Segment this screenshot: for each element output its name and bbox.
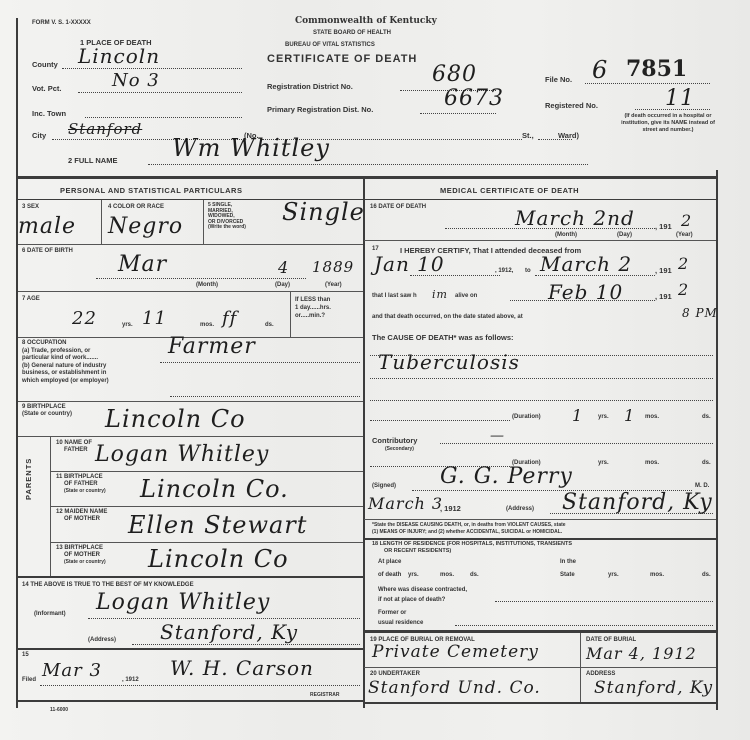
contributory-value: — xyxy=(490,428,505,444)
cause-label: The CAUSE OF DEATH* was as follows: xyxy=(372,333,514,342)
left-border xyxy=(16,18,18,708)
duration-mos-label: mos. xyxy=(645,414,659,420)
informant-bottom-divider xyxy=(18,648,363,650)
residence-state-mos: mos. xyxy=(650,572,664,578)
informant-label: (Informant) xyxy=(34,611,66,617)
dob-year: 1889 xyxy=(312,258,354,276)
bureau-title: BUREAU OF VITAL STATISTICS xyxy=(285,42,375,48)
age-mos-label: mos. xyxy=(200,322,214,328)
last-saw-text-a: that I last saw h xyxy=(372,293,417,299)
registered-number-value: 11 xyxy=(665,86,695,111)
md-label: M. D. xyxy=(695,483,709,489)
full-name-value: Wm Whitley xyxy=(172,134,330,162)
age-yrs-label: yrs. xyxy=(122,322,133,328)
undertaker-value: Stanford Und. Co. xyxy=(368,678,541,698)
row-divider xyxy=(364,667,716,668)
mother-name-label: 12 MAIDEN NAME OF MOTHER xyxy=(56,509,107,523)
row-divider xyxy=(364,519,716,520)
primary-registration-label: Primary Registration Dist. No. xyxy=(267,105,373,114)
full-name-line xyxy=(148,164,588,165)
vot-pct-line xyxy=(78,92,242,93)
file-number-stamped: 7851 xyxy=(626,56,687,82)
dob-line xyxy=(96,278,306,279)
death-day-caption: (Day) xyxy=(617,232,632,238)
informant-address-line xyxy=(132,644,360,645)
occupation-label: 8 OCCUPATION (a) Trade, profession, or p… xyxy=(22,340,109,385)
occurred-time: 8 PM xyxy=(682,306,718,320)
signed-address-value: Stanford, Ky xyxy=(562,490,713,515)
filed-date: Mar 3 xyxy=(42,660,102,681)
occupation-a-line xyxy=(160,362,360,363)
row-divider xyxy=(50,506,363,507)
contributory-line xyxy=(440,443,713,444)
center-divider xyxy=(363,178,365,708)
in-the-label: In the xyxy=(560,559,576,565)
inc-town-label: Inc. Town xyxy=(32,109,66,118)
birthplace-label: 9 BIRTHPLACE (State or country) xyxy=(22,404,72,418)
death-year-prefix: , 191 xyxy=(655,222,672,231)
undertaker-label: 20 UNDERTAKER xyxy=(370,671,420,677)
secondary-label: (Secondary) xyxy=(385,446,414,452)
signed-date: March 3 xyxy=(368,494,443,513)
dob-month: Mar xyxy=(118,252,167,277)
county-line xyxy=(62,68,242,69)
signed-address-label: (Address) xyxy=(506,506,534,512)
name-divider xyxy=(18,176,716,179)
duration-label: (Duration) xyxy=(512,414,541,420)
parents-label: PARENTS xyxy=(24,458,33,500)
full-name-label: 2 FULL NAME xyxy=(68,156,117,165)
primary-registration-value: 6673 xyxy=(444,86,504,111)
residence-place-ds: ds. xyxy=(470,572,479,578)
age-divider xyxy=(290,291,291,337)
street-label: St., xyxy=(522,131,534,140)
file-number-handwritten: 6 xyxy=(592,56,608,84)
former-residence-line xyxy=(455,625,713,626)
death-year-caption: (Year) xyxy=(676,232,693,238)
former-residence-label: Former or usual residence xyxy=(378,608,423,628)
dob-month-caption: (Month) xyxy=(196,282,218,288)
cause-footnote: *State the DISEASE CAUSING DEATH, or, in… xyxy=(372,522,566,536)
age-years: 22 xyxy=(72,308,97,329)
where-contracted-label: Where was disease contracted, if not at … xyxy=(378,585,467,605)
registration-district-label: Registration District No. xyxy=(267,82,353,91)
hospital-note: (If death occurred in a hospital or inst… xyxy=(620,113,716,134)
death-certificate: FORM V. S. 1-XXXXX Commonwealth of Kentu… xyxy=(0,0,750,740)
state-label: State xyxy=(560,572,575,578)
birthplace-value: Lincoln Co xyxy=(105,405,246,433)
signed-value: G. G. Perry xyxy=(440,464,573,489)
dob-day: 4 xyxy=(278,258,289,277)
registrar-signature: W. H. Carson xyxy=(170,656,314,680)
residence-divider xyxy=(364,630,716,633)
of-death-label: of death xyxy=(378,572,401,578)
sex-value: male xyxy=(18,214,76,239)
certificate-title: CERTIFICATE OF DEATH xyxy=(267,53,417,65)
father-birthplace-value: Lincoln Co. xyxy=(140,475,289,503)
form-code: 11-6000 xyxy=(50,707,68,713)
bottom-divider-left xyxy=(18,700,363,702)
age-days: ff xyxy=(222,308,237,329)
age-months: 11 xyxy=(142,308,167,329)
dob-label: 6 DATE OF BIRTH xyxy=(22,248,73,254)
death-year-suffix: 2 xyxy=(681,211,692,230)
duration-ds-label: ds. xyxy=(702,414,711,420)
duration2-yrs-label: yrs. xyxy=(598,460,609,466)
occupation-value: Farmer xyxy=(168,334,256,359)
dob-year-caption: (Year) xyxy=(325,282,342,288)
city-label: City xyxy=(32,131,46,140)
vot-pct-value: No 3 xyxy=(112,70,160,91)
sex-race-divider xyxy=(101,200,102,244)
personal-section-title: PERSONAL AND STATISTICAL PARTICULARS xyxy=(60,186,242,195)
duration-yrs-label: yrs. xyxy=(598,414,609,420)
date-of-death-label: 16 DATE OF DEATH xyxy=(370,204,426,210)
board-title: STATE BOARD OF HEALTH xyxy=(313,30,391,36)
sex-label: 3 SEX xyxy=(22,204,39,210)
father-name-value: Logan Whitley xyxy=(95,442,269,467)
row-divider xyxy=(18,291,363,292)
registration-district-value: 680 xyxy=(432,62,477,87)
informant-address-value: Stanford, Ky xyxy=(160,620,298,644)
county-value: Lincoln xyxy=(78,44,160,68)
signed-label: (Signed) xyxy=(372,483,396,489)
last-saw-year-suffix: 2 xyxy=(678,280,689,299)
occupation-b-line xyxy=(170,396,360,397)
row-divider xyxy=(18,244,363,245)
inc-town-line xyxy=(85,117,242,118)
medical-section-title: MEDICAL CERTIFICATE OF DEATH xyxy=(440,186,579,195)
contributory-label: Contributory xyxy=(372,436,417,445)
where-contracted-line xyxy=(495,601,713,602)
burial-date-value: Mar 4, 1912 xyxy=(586,644,697,663)
race-label: 4 COLOR OR RACE xyxy=(108,204,164,210)
cause-line-2 xyxy=(370,378,713,379)
registrar-label: REGISTRAR xyxy=(310,692,339,698)
undertaker-address-value: Stanford, Ky xyxy=(594,678,713,698)
attended-from: Jan 10 xyxy=(374,252,445,276)
county-label: County xyxy=(32,60,58,69)
to-label: to xyxy=(525,268,531,274)
burial-date-label: DATE OF BURIAL xyxy=(586,637,636,643)
date-of-death-value: March 2nd xyxy=(515,206,635,230)
cause-line-3 xyxy=(370,400,713,401)
last-saw-year: , 191 xyxy=(655,292,672,301)
death-month-caption: (Month) xyxy=(555,232,577,238)
commonwealth-title: Commonwealth of Kentucky xyxy=(295,16,437,26)
duration2-ds-label: ds. xyxy=(702,460,711,466)
filed-label: Filed xyxy=(22,677,36,683)
attended-to: March 2 xyxy=(540,252,632,276)
residence-state-ds: ds. xyxy=(702,572,711,578)
residence-state-yrs: yrs. xyxy=(608,572,619,578)
row-divider xyxy=(50,542,363,543)
age-label: 7 AGE xyxy=(22,296,40,302)
vot-pct-label: Vot. Pct. xyxy=(32,84,61,93)
attended-from-year: , 1912, xyxy=(495,268,513,274)
last-saw-value: Feb 10 xyxy=(548,280,623,304)
residence-place-mos: mos. xyxy=(440,572,454,578)
burial-divider xyxy=(580,633,581,703)
race-marital-divider xyxy=(203,200,204,244)
informant-header: 14 THE ABOVE IS TRUE TO THE BEST OF MY K… xyxy=(22,582,194,588)
primary-registration-line xyxy=(420,113,496,114)
last-saw-him: im xyxy=(432,288,448,301)
mother-birthplace-label: 13 BIRTHPLACE OF MOTHER (State or countr… xyxy=(56,545,106,566)
marital-value: Single xyxy=(282,198,365,226)
informant-line xyxy=(88,618,360,619)
duration2-mos-label: mos. xyxy=(645,460,659,466)
footnote-divider xyxy=(364,538,716,540)
mother-birthplace-value: Lincoln Co xyxy=(148,545,289,573)
form-number: FORM V. S. 1-XXXXX xyxy=(32,20,91,26)
city-value: Stanford xyxy=(68,120,142,138)
right-border xyxy=(716,170,718,710)
filed-number: 15 xyxy=(22,652,29,658)
duration-months: 1 xyxy=(624,406,635,425)
residence-place-yrs: yrs. xyxy=(408,572,419,578)
burial-place-value: Private Cemetery xyxy=(372,642,539,662)
row-divider xyxy=(18,401,363,402)
ward-label: Ward) xyxy=(558,131,579,140)
row-divider xyxy=(18,436,363,437)
race-value: Negro xyxy=(108,214,183,239)
attended-to-year: , 191 xyxy=(655,266,672,275)
registered-number-label: Registered No. xyxy=(545,101,598,110)
less-than-day: If LESS than 1 day......hrs. or.....min.… xyxy=(295,296,331,320)
father-name-label: 10 NAME OF FATHER xyxy=(56,440,92,454)
dob-day-caption: (Day) xyxy=(275,282,290,288)
attended-to-year-suffix: 2 xyxy=(678,254,689,273)
informant-value: Logan Whitley xyxy=(96,590,270,615)
signed-year: , 1912 xyxy=(440,504,461,513)
file-number-label: File No. xyxy=(545,75,572,84)
row-divider xyxy=(364,240,716,241)
cause-value: Tuberculosis xyxy=(378,350,520,374)
age-ds-label: ds. xyxy=(265,322,274,328)
occurred-text: and that death occurred, on the date sta… xyxy=(372,314,523,320)
residence-header: 18 LENGTH OF RESIDENCE (FOR HOSPITALS, I… xyxy=(372,541,572,555)
last-saw-text-b: alive on xyxy=(455,293,477,299)
row-divider xyxy=(50,471,363,472)
father-birthplace-label: 11 BIRTHPLACE OF FATHER (State or countr… xyxy=(56,474,106,495)
duration-years: 1 xyxy=(572,406,583,425)
parents-bottom-divider xyxy=(18,576,363,578)
duration-line xyxy=(370,420,510,421)
mother-name-value: Ellen Stewart xyxy=(128,511,307,539)
informant-address-label: (Address) xyxy=(88,637,116,643)
at-place-label: At place xyxy=(378,559,401,565)
bottom-divider-right xyxy=(364,702,716,704)
filed-line xyxy=(40,685,360,686)
undertaker-address-label: ADDRESS xyxy=(586,671,615,677)
filed-year: , 1912 xyxy=(122,677,139,683)
marital-label: 5 SINGLE, MARRIED, WIDOWED, OR DIVORCED … xyxy=(208,203,246,231)
section-title-divider xyxy=(18,199,716,200)
